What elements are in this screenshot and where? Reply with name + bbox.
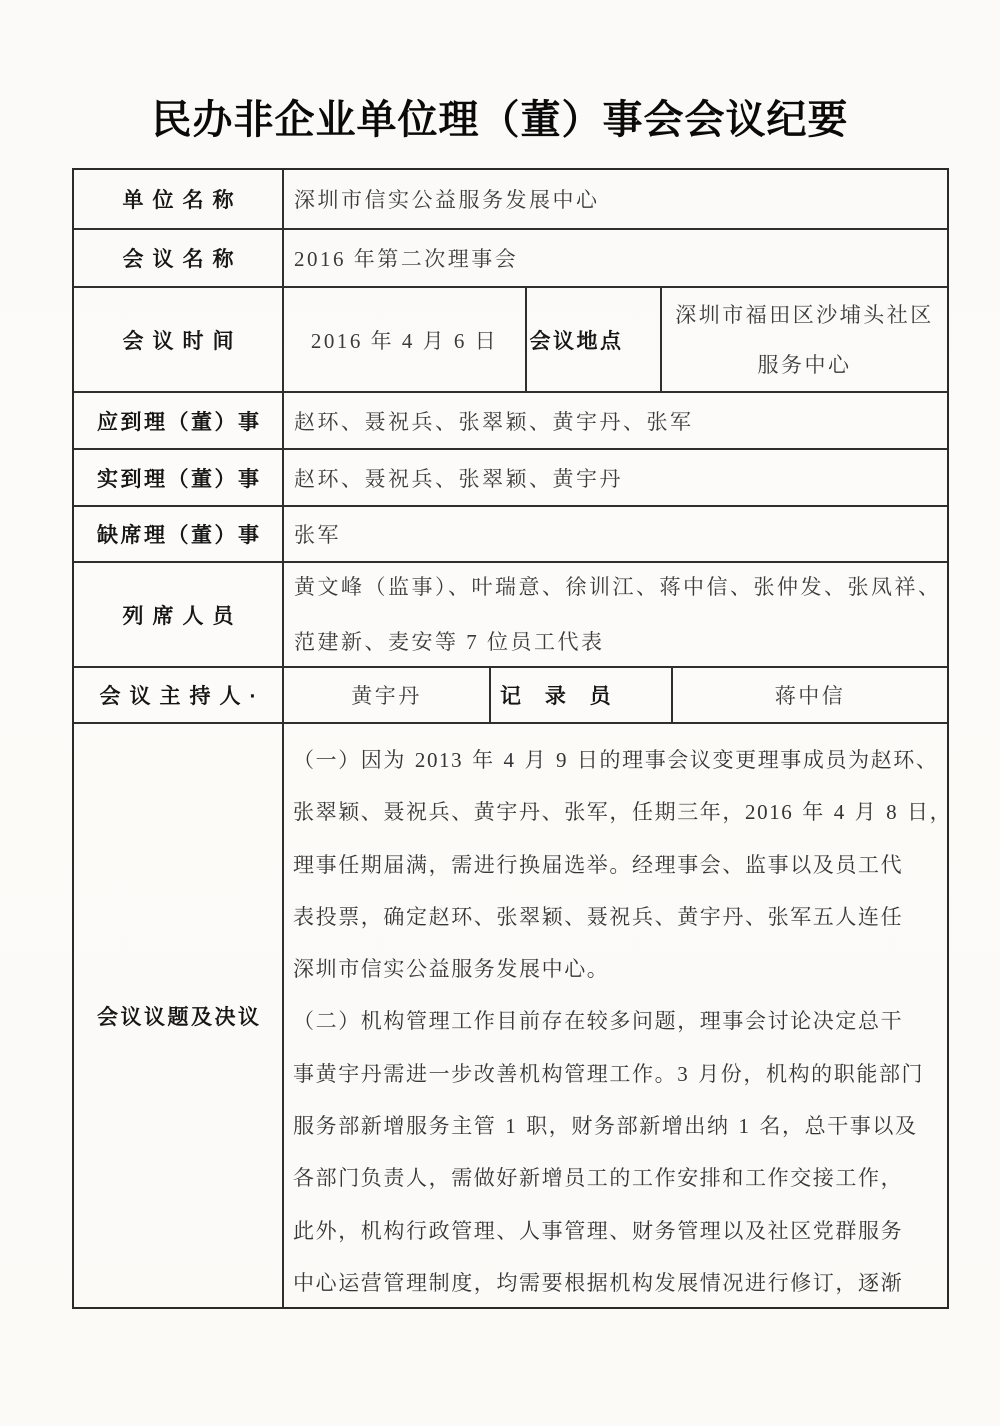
meeting-name-label: 会议名称 — [74, 230, 284, 286]
meeting-name-value: 2016 年第二次理事会 — [284, 230, 947, 286]
meeting-time-value: 2016 年 4 月 6 日 — [284, 288, 527, 391]
meeting-time-label: 会议时间 — [74, 288, 284, 391]
observers-line-2: 范建新、麦安等 7 位员工代表 — [294, 615, 605, 667]
row-observers: 列席人员 黄文峰（监事）、叶瑞意、徐训江、蒋中信、张仲发、张凤祥、 范建新、麦安… — [74, 563, 947, 668]
observers-value: 黄文峰（监事）、叶瑞意、徐训江、蒋中信、张仲发、张凤祥、 范建新、麦安等 7 位… — [284, 563, 947, 666]
meeting-place-value: 深圳市福田区沙埔头社区 服务中心 — [662, 288, 947, 391]
agenda-line-1: （一）因为 2013 年 4 月 9 日的理事会议变更理事成员为赵环、 — [293, 734, 939, 786]
row-absent-directors: 缺席理（董）事 张军 — [74, 507, 947, 563]
unit-name-value: 深圳市信实公益服务发展中心 — [284, 170, 947, 228]
row-host-recorder: 会议主持人· 黄宇丹 记 录 员 蒋中信 — [74, 668, 947, 724]
actual-directors-label: 实到理（董）事 — [74, 450, 284, 505]
absent-directors-label: 缺席理（董）事 — [74, 507, 284, 561]
expected-directors-value: 赵环、聂祝兵、张翠颖、黄宇丹、张军 — [284, 393, 947, 448]
observers-label: 列席人员 — [74, 563, 284, 666]
recorder-value: 蒋中信 — [673, 668, 947, 722]
agenda-line-8: 服务部新增服务主管 1 职，财务部新增出纳 1 名，总干事以及 — [293, 1100, 918, 1152]
agenda-line-2: 张翠颖、聂祝兵、黄宇丹、张军，任期三年，2016 年 4 月 8 日， — [293, 786, 947, 838]
host-label: 会议主持人· — [74, 668, 284, 722]
row-actual-directors: 实到理（董）事 赵环、聂祝兵、张翠颖、黄宇丹 — [74, 450, 947, 507]
row-agenda: 会议议题及决议 （一）因为 2013 年 4 月 9 日的理事会议变更理事成员为… — [74, 724, 947, 1307]
row-unit-name: 单位名称 深圳市信实公益服务发展中心 — [74, 170, 947, 230]
agenda-line-7: 事黄宇丹需进一步改善机构管理工作。3 月份，机构的职能部门 — [293, 1048, 924, 1100]
agenda-line-5: 深圳市信实公益服务发展中心。 — [293, 943, 609, 995]
agenda-label: 会议议题及决议 — [74, 724, 284, 1307]
observers-line-1: 黄文峰（监事）、叶瑞意、徐训江、蒋中信、张仲发、张凤祥、 — [294, 563, 942, 615]
row-time-place: 会议时间 2016 年 4 月 6 日 会议地点 深圳市福田区沙埔头社区 服务中… — [74, 288, 947, 393]
row-meeting-name: 会议名称 2016 年第二次理事会 — [74, 230, 947, 288]
agenda-content: （一）因为 2013 年 4 月 9 日的理事会议变更理事成员为赵环、 张翠颖、… — [284, 724, 947, 1307]
unit-name-label: 单位名称 — [74, 170, 284, 228]
document-page: 民办非企业单位理（董）事会会议纪要 单位名称 深圳市信实公益服务发展中心 会议名… — [0, 0, 1000, 1426]
absent-directors-value: 张军 — [284, 507, 947, 561]
meeting-place-line-2: 服务中心 — [758, 340, 852, 390]
row-expected-directors: 应到理（董）事 赵环、聂祝兵、张翠颖、黄宇丹、张军 — [74, 393, 947, 450]
actual-directors-value: 赵环、聂祝兵、张翠颖、黄宇丹 — [284, 450, 947, 505]
meeting-minutes-table: 单位名称 深圳市信实公益服务发展中心 会议名称 2016 年第二次理事会 会议时… — [72, 168, 949, 1309]
recorder-label: 记 录 员 — [491, 668, 673, 722]
agenda-line-11: 中心运营管理制度，均需要根据机构发展情况进行修订，逐渐 — [293, 1257, 903, 1307]
host-value: 黄宇丹 — [284, 668, 491, 722]
agenda-line-3: 理事任期届满，需进行换届选举。经理事会、监事以及员工代 — [293, 839, 903, 891]
meeting-place-label: 会议地点 — [527, 288, 662, 391]
document-title: 民办非企业单位理（董）事会会议纪要 — [0, 88, 1000, 145]
agenda-line-9: 各部门负责人，需做好新增员工的工作安排和工作交接工作， — [293, 1152, 903, 1204]
expected-directors-label: 应到理（董）事 — [74, 393, 284, 448]
meeting-place-line-1: 深圳市福田区沙埔头社区 — [675, 290, 934, 340]
agenda-line-4: 表投票，确定赵环、张翠颖、聂祝兵、黄宇丹、张军五人连任 — [293, 891, 903, 943]
agenda-line-6: （二）机构管理工作目前存在较多问题，理事会讨论决定总干 — [293, 995, 903, 1047]
agenda-line-10: 此外，机构行政管理、人事管理、财务管理以及社区党群服务 — [293, 1205, 903, 1257]
